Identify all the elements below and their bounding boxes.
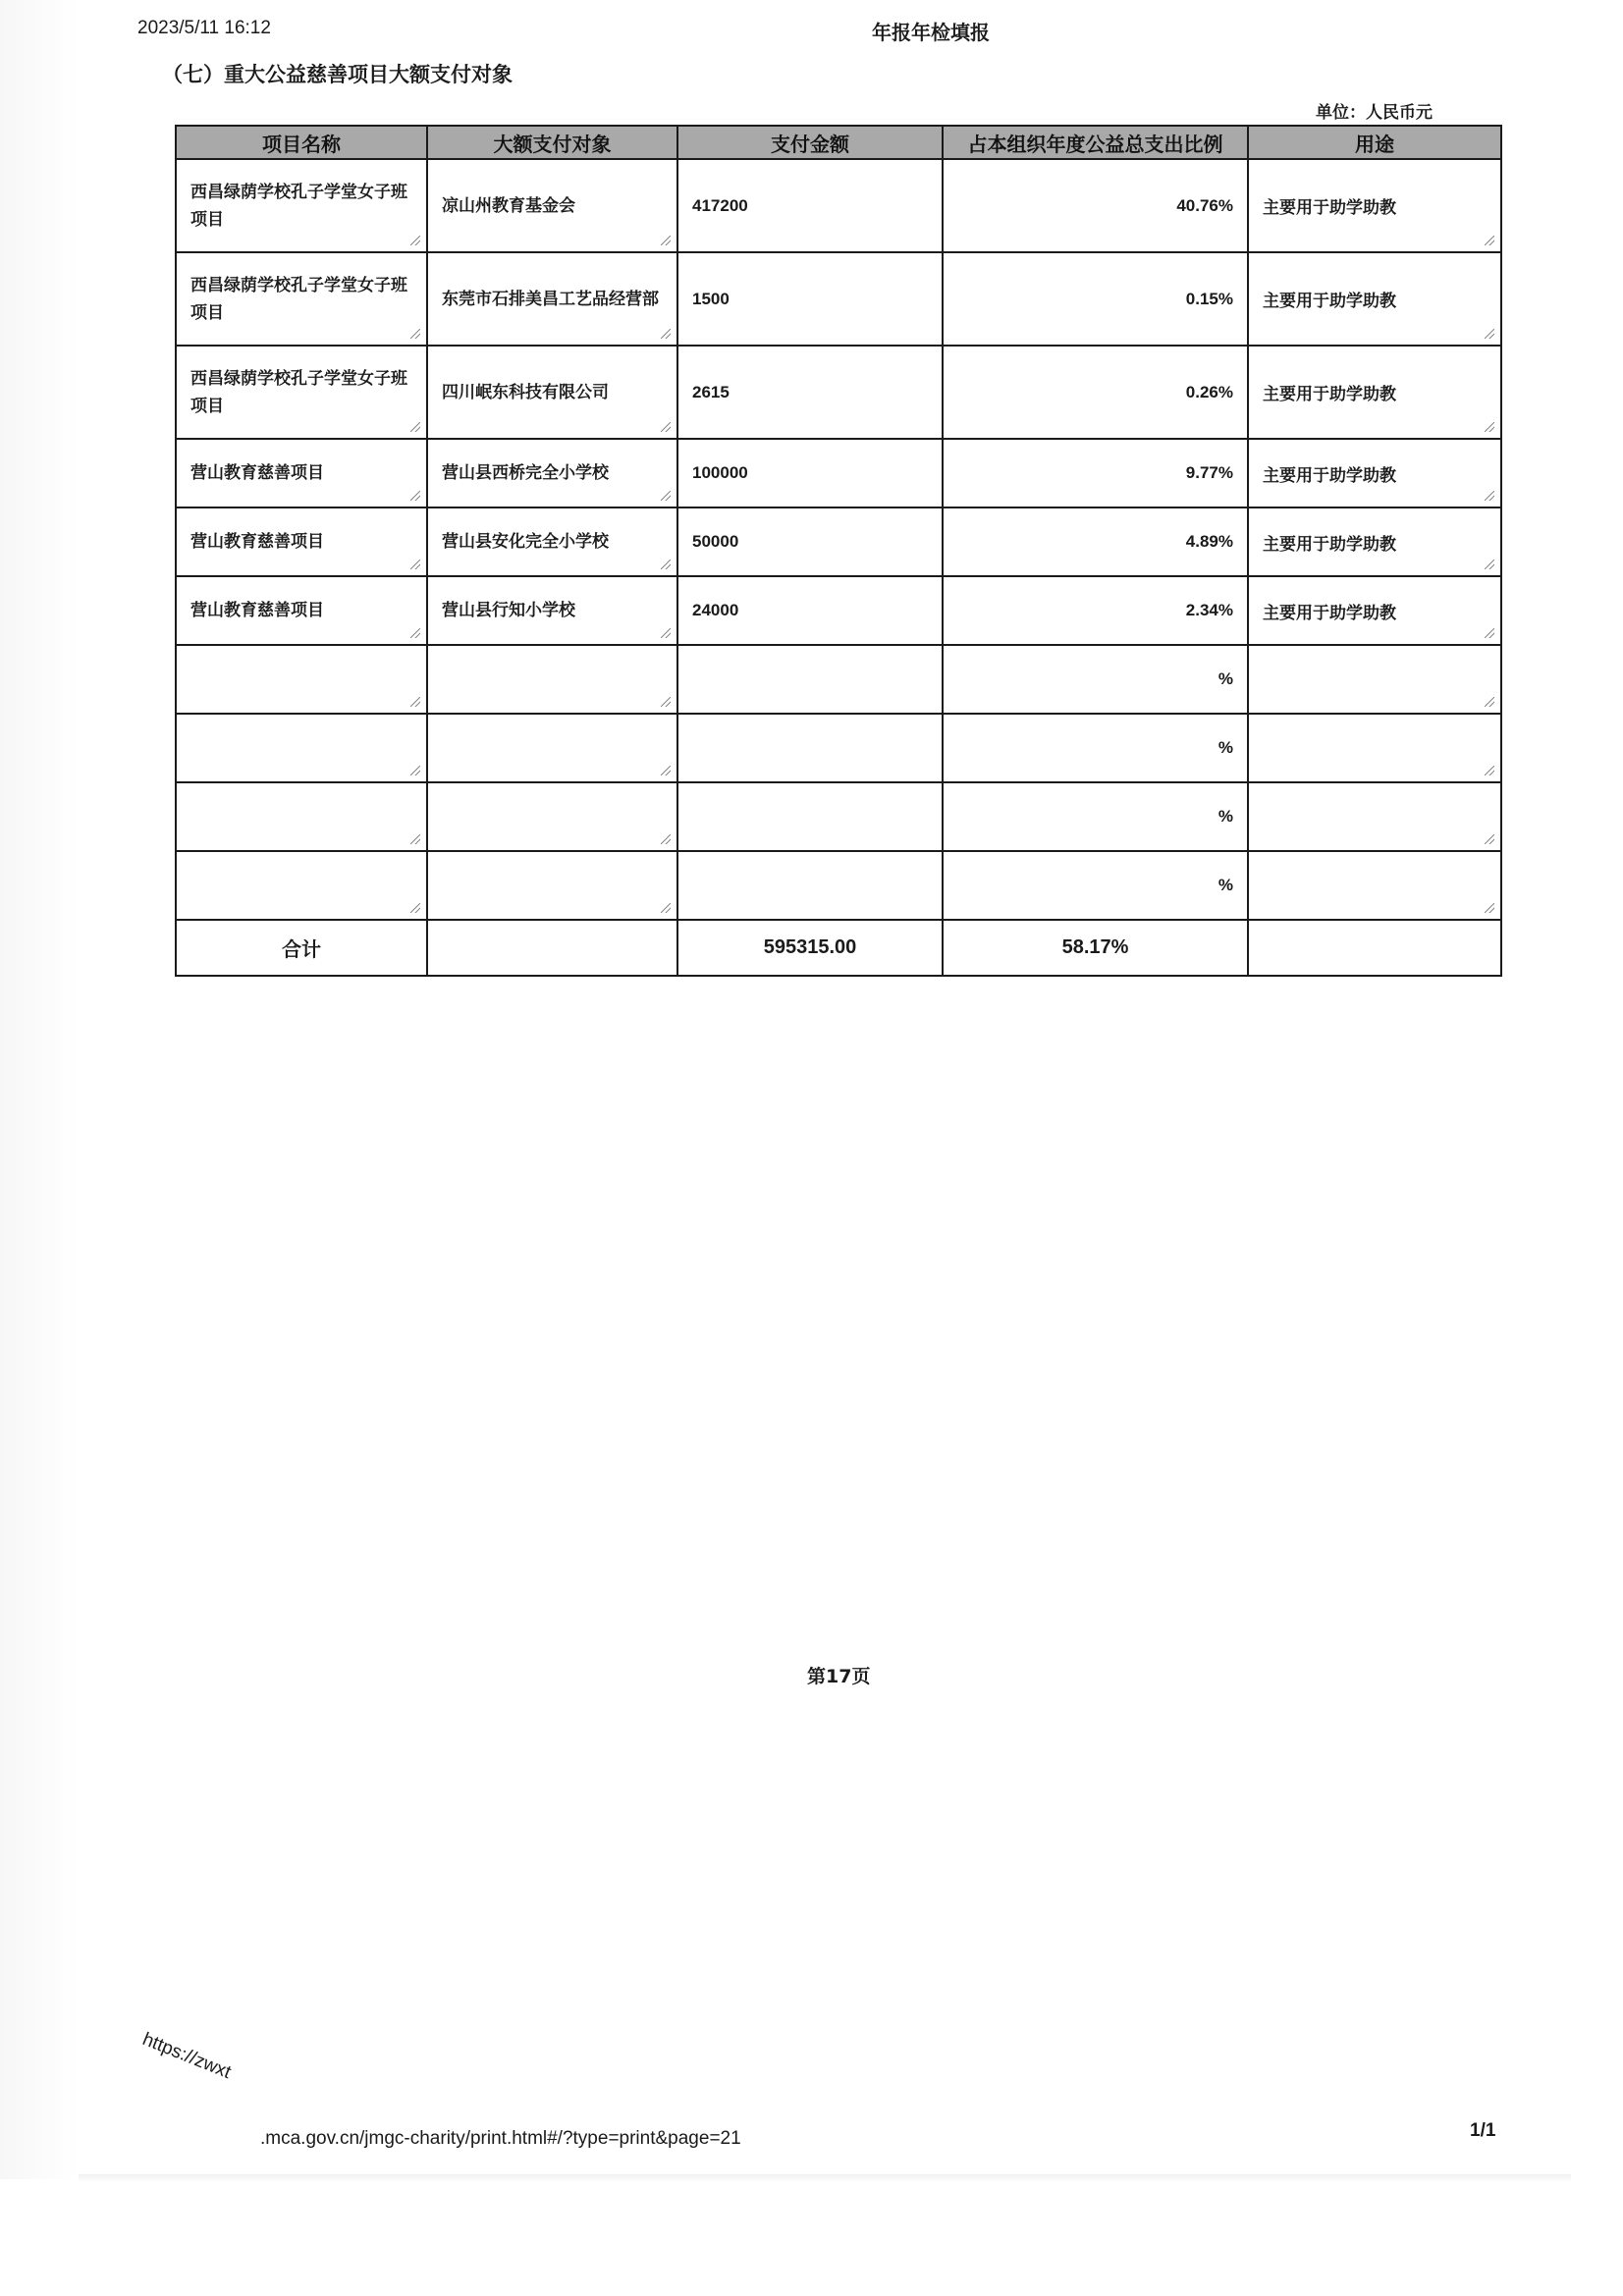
amount-cell-text: 2615 xyxy=(692,383,730,401)
table-row: % xyxy=(176,782,1501,851)
ratio-cell[interactable]: 0.15% xyxy=(943,252,1248,346)
total-amount: 595315.00 xyxy=(677,920,943,976)
project-cell-text: 西昌绿荫学校孔子学堂女子班项目 xyxy=(190,369,407,416)
page-number: 第17页 xyxy=(807,1662,870,1688)
project-cell-text: 营山教育慈善项目 xyxy=(190,532,324,552)
purpose-cell[interactable] xyxy=(1248,714,1501,782)
resize-grip-icon[interactable] xyxy=(410,329,420,339)
project-cell-text: 西昌绿荫学校孔子学堂女子班项目 xyxy=(190,276,407,323)
scan-edge xyxy=(0,0,79,2179)
resize-grip-icon[interactable] xyxy=(661,236,671,245)
project-cell[interactable] xyxy=(176,851,427,920)
ratio-cell[interactable]: % xyxy=(943,714,1248,782)
ratio-cell-text: 2.34% xyxy=(1186,601,1233,619)
amount-cell[interactable]: 417200 xyxy=(677,159,943,252)
total-purpose xyxy=(1248,920,1501,976)
amount-cell-text: 417200 xyxy=(692,196,748,215)
ratio-cell-text: 0.26% xyxy=(1186,383,1233,401)
amount-cell[interactable]: 50000 xyxy=(677,507,943,576)
amount-cell-text: 1500 xyxy=(692,290,730,308)
total-label: 合计 xyxy=(176,920,427,976)
target-cell[interactable] xyxy=(427,851,677,920)
target-cell[interactable]: 四川岷东科技有限公司 xyxy=(427,346,677,439)
resize-grip-icon[interactable] xyxy=(661,491,671,501)
col-header-project: 项目名称 xyxy=(176,126,427,159)
purpose-cell[interactable]: 主要用于助学助教 xyxy=(1248,252,1501,346)
purpose-cell-text: 主要用于助学助教 xyxy=(1263,198,1396,218)
ratio-cell-text: 4.89% xyxy=(1186,532,1233,551)
ratio-cell[interactable]: % xyxy=(943,645,1248,714)
purpose-cell[interactable] xyxy=(1248,851,1501,920)
project-cell-text: 营山教育慈善项目 xyxy=(190,463,324,483)
amount-cell[interactable] xyxy=(677,851,943,920)
resize-grip-icon[interactable] xyxy=(1485,697,1494,707)
resize-grip-icon[interactable] xyxy=(661,628,671,638)
ratio-cell-text: % xyxy=(1218,807,1233,826)
amount-cell[interactable]: 100000 xyxy=(677,439,943,507)
project-cell[interactable]: 营山教育慈善项目 xyxy=(176,576,427,645)
total-ratio: 58.17% xyxy=(943,920,1248,976)
project-cell[interactable]: 西昌绿荫学校孔子学堂女子班项目 xyxy=(176,346,427,439)
ratio-cell-text: 40.76% xyxy=(1176,196,1233,215)
print-url-curled: https://zwxt xyxy=(139,2029,234,2084)
ratio-cell[interactable]: 0.26% xyxy=(943,346,1248,439)
purpose-cell-text: 主要用于助学助教 xyxy=(1263,604,1396,623)
table-header-row: 项目名称 大额支付对象 支付金额 占本组织年度公益总支出比例 用途 xyxy=(176,126,1501,159)
resize-grip-icon[interactable] xyxy=(410,491,420,501)
amount-cell-text: 50000 xyxy=(692,532,738,551)
resize-grip-icon[interactable] xyxy=(1485,903,1494,913)
resize-grip-icon[interactable] xyxy=(410,628,420,638)
resize-grip-icon[interactable] xyxy=(661,697,671,707)
table-row: % xyxy=(176,851,1501,920)
target-cell-text: 凉山州教育基金会 xyxy=(442,196,575,216)
target-cell[interactable]: 营山县西桥完全小学校 xyxy=(427,439,677,507)
ratio-cell-text: % xyxy=(1218,738,1233,757)
print-datetime: 2023/5/11 16:12 xyxy=(137,18,271,39)
amount-cell[interactable]: 24000 xyxy=(677,576,943,645)
ratio-cell[interactable]: 2.34% xyxy=(943,576,1248,645)
ratio-cell-text: % xyxy=(1218,876,1233,894)
section-title: （七）重大公益慈善项目大额支付对象 xyxy=(162,59,513,88)
table-row: % xyxy=(176,714,1501,782)
amount-cell-text: 100000 xyxy=(692,463,748,482)
scan-shadow xyxy=(79,2174,1571,2182)
resize-grip-icon[interactable] xyxy=(410,560,420,569)
target-cell[interactable] xyxy=(427,645,677,714)
ratio-cell-text: % xyxy=(1218,669,1233,688)
resize-grip-icon[interactable] xyxy=(1485,491,1494,501)
project-cell[interactable]: 营山教育慈善项目 xyxy=(176,507,427,576)
purpose-cell[interactable] xyxy=(1248,782,1501,851)
resize-grip-icon[interactable] xyxy=(661,422,671,432)
table-row: 西昌绿荫学校孔子学堂女子班项目四川岷东科技有限公司26150.26%主要用于助学… xyxy=(176,346,1501,439)
print-header-title: 年报年检填报 xyxy=(872,17,990,45)
ratio-cell[interactable]: 40.76% xyxy=(943,159,1248,252)
table-row: 营山教育慈善项目营山县安化完全小学校500004.89%主要用于助学助教 xyxy=(176,507,1501,576)
table-row: 西昌绿荫学校孔子学堂女子班项目凉山州教育基金会41720040.76%主要用于助… xyxy=(176,159,1501,252)
amount-cell[interactable]: 1500 xyxy=(677,252,943,346)
target-cell[interactable] xyxy=(427,714,677,782)
resize-grip-icon[interactable] xyxy=(1485,236,1494,245)
amount-cell[interactable] xyxy=(677,714,943,782)
project-cell-text: 营山教育慈善项目 xyxy=(190,601,324,620)
table-row: 营山教育慈善项目营山县西桥完全小学校1000009.77%主要用于助学助教 xyxy=(176,439,1501,507)
purpose-cell[interactable]: 主要用于助学助教 xyxy=(1248,439,1501,507)
purpose-cell-text: 主要用于助学助教 xyxy=(1263,292,1396,311)
resize-grip-icon[interactable] xyxy=(661,766,671,775)
project-cell[interactable] xyxy=(176,714,427,782)
resize-grip-icon[interactable] xyxy=(661,329,671,339)
amount-cell[interactable]: 2615 xyxy=(677,346,943,439)
target-cell-text: 东莞市石排美昌工艺品经营部 xyxy=(442,290,659,309)
amount-cell[interactable] xyxy=(677,782,943,851)
project-cell[interactable] xyxy=(176,645,427,714)
ratio-cell-text: 0.15% xyxy=(1186,290,1233,308)
resize-grip-icon[interactable] xyxy=(1485,329,1494,339)
table-row: 西昌绿荫学校孔子学堂女子班项目东莞市石排美昌工艺品经营部15000.15%主要用… xyxy=(176,252,1501,346)
target-cell[interactable] xyxy=(427,782,677,851)
resize-grip-icon[interactable] xyxy=(1485,834,1494,844)
purpose-cell[interactable]: 主要用于助学助教 xyxy=(1248,159,1501,252)
ratio-cell[interactable]: % xyxy=(943,851,1248,920)
amount-cell[interactable] xyxy=(677,645,943,714)
resize-grip-icon[interactable] xyxy=(410,834,420,844)
target-cell-text: 营山县行知小学校 xyxy=(442,601,575,620)
purpose-cell[interactable]: 主要用于助学助教 xyxy=(1248,576,1501,645)
resize-grip-icon[interactable] xyxy=(661,903,671,913)
purpose-cell[interactable] xyxy=(1248,645,1501,714)
col-header-ratio: 占本组织年度公益总支出比例 xyxy=(943,126,1248,159)
project-cell[interactable]: 营山教育慈善项目 xyxy=(176,439,427,507)
project-cell[interactable]: 西昌绿荫学校孔子学堂女子班项目 xyxy=(176,159,427,252)
total-target xyxy=(427,920,677,976)
project-cell[interactable]: 西昌绿荫学校孔子学堂女子班项目 xyxy=(176,252,427,346)
target-cell-text: 四川岷东科技有限公司 xyxy=(442,383,609,402)
col-header-target: 大额支付对象 xyxy=(427,126,677,159)
table-row: % xyxy=(176,645,1501,714)
page-count: 1/1 xyxy=(1470,2120,1495,2142)
resize-grip-icon[interactable] xyxy=(1485,628,1494,638)
currency-unit: 单位：人民币元 xyxy=(1316,98,1433,123)
target-cell[interactable]: 营山县行知小学校 xyxy=(427,576,677,645)
target-cell-text: 营山县安化完全小学校 xyxy=(442,532,609,552)
resize-grip-icon[interactable] xyxy=(410,697,420,707)
resize-grip-icon[interactable] xyxy=(410,903,420,913)
resize-grip-icon[interactable] xyxy=(410,766,420,775)
large-payment-table: 项目名称 大额支付对象 支付金额 占本组织年度公益总支出比例 用途 西昌绿荫学校… xyxy=(175,125,1502,977)
purpose-cell-text: 主要用于助学助教 xyxy=(1263,385,1396,404)
target-cell[interactable]: 营山县安化完全小学校 xyxy=(427,507,677,576)
total-row: 合计 595315.00 58.17% xyxy=(176,920,1501,976)
resize-grip-icon[interactable] xyxy=(661,834,671,844)
table-row: 营山教育慈善项目营山县行知小学校240002.34%主要用于助学助教 xyxy=(176,576,1501,645)
print-url: .mca.gov.cn/jmgc-charity/print.html#/?ty… xyxy=(260,2128,741,2150)
resize-grip-icon[interactable] xyxy=(410,236,420,245)
resize-grip-icon[interactable] xyxy=(1485,766,1494,775)
resize-grip-icon[interactable] xyxy=(661,560,671,569)
purpose-cell-text: 主要用于助学助教 xyxy=(1263,535,1396,555)
project-cell-text: 西昌绿荫学校孔子学堂女子班项目 xyxy=(190,183,407,230)
col-header-purpose: 用途 xyxy=(1248,126,1501,159)
project-cell[interactable] xyxy=(176,782,427,851)
ratio-cell[interactable]: % xyxy=(943,782,1248,851)
col-header-amount: 支付金额 xyxy=(677,126,943,159)
purpose-cell-text: 主要用于助学助教 xyxy=(1263,466,1396,486)
ratio-cell-text: 9.77% xyxy=(1186,463,1233,482)
purpose-cell[interactable]: 主要用于助学助教 xyxy=(1248,507,1501,576)
ratio-cell[interactable]: 4.89% xyxy=(943,507,1248,576)
ratio-cell[interactable]: 9.77% xyxy=(943,439,1248,507)
resize-grip-icon[interactable] xyxy=(1485,560,1494,569)
purpose-cell[interactable]: 主要用于助学助教 xyxy=(1248,346,1501,439)
target-cell[interactable]: 凉山州教育基金会 xyxy=(427,159,677,252)
resize-grip-icon[interactable] xyxy=(410,422,420,432)
target-cell[interactable]: 东莞市石排美昌工艺品经营部 xyxy=(427,252,677,346)
target-cell-text: 营山县西桥完全小学校 xyxy=(442,463,609,483)
amount-cell-text: 24000 xyxy=(692,601,738,619)
resize-grip-icon[interactable] xyxy=(1485,422,1494,432)
